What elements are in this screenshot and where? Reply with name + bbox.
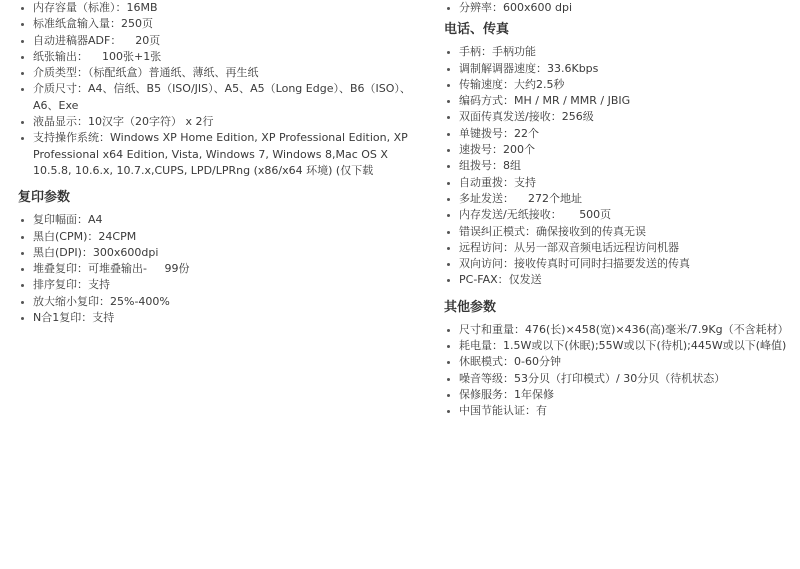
fax-item-modem-speed: 调制解调器速度：33.6Kbps (444, 61, 794, 77)
fax-item-auto-redial: 自动重拨：支持 (444, 175, 794, 191)
spec-item-adf: 自动进稿器ADF： 20页 (18, 33, 418, 49)
fax-item-one-touch-dial: 单键拨号：22个 (444, 126, 794, 142)
other-item-sleep-mode: 休眠模式：0-60分钟 (444, 354, 794, 370)
fax-item-broadcast: 多址发送： 272个地址 (444, 191, 794, 207)
spec-item-lcd: 液晶显示：10汉字（20字符） x 2行 (18, 114, 418, 130)
spec-item-resolution: 分辨率：600x600 dpi (444, 0, 794, 16)
copy-section-title: 复印参数 (18, 189, 418, 207)
fax-item-speed-dial: 速拨号：200个 (444, 142, 794, 158)
copy-item-zoom: 放大缩小复印：25%-400% (18, 294, 418, 310)
spec-item-memory: 内存容量（标准）：16MB (18, 0, 418, 16)
copy-item-stack: 堆叠复印：可堆叠输出- 99份 (18, 261, 418, 277)
copy-spec-list: 复印幅面：A4 黑白(CPM)：24CPM 黑白(DPI)：300x600dpi… (18, 212, 418, 326)
scan-spec-list: 分辨率：600x600 dpi (444, 0, 794, 16)
copy-item-size: 复印幅面：A4 (18, 212, 418, 228)
other-item-power-consumption: 耗电量：1.5W或以下(休眠);55W或以下(待机);445W或以下(峰值) (444, 338, 794, 354)
copy-item-sort: 排序复印：支持 (18, 277, 418, 293)
fax-item-duplex-fax: 双面传真发送/接收：256级 (444, 109, 794, 125)
fax-section-title: 电话、传真 (444, 21, 794, 39)
other-item-warranty: 保修服务：1年保修 (444, 387, 794, 403)
other-item-dimensions-weight: 尺寸和重量：476(长)×458(宽)×436(高)毫米/7.9Kg（不含耗材） (444, 322, 794, 338)
fax-item-pc-fax: PC-FAX：仅发送 (444, 272, 794, 288)
fax-item-handset: 手柄：手柄功能 (444, 44, 794, 60)
other-spec-list: 尺寸和重量：476(长)×458(宽)×436(高)毫米/7.9Kg（不含耗材）… (444, 322, 794, 420)
copy-item-dpi: 黑白(DPI)：300x600dpi (18, 245, 418, 261)
fax-item-group-dial: 组拨号：8组 (444, 158, 794, 174)
general-spec-list: 内存容量（标准）：16MB 标准纸盒输入量：250页 自动进稿器ADF： 20页… (18, 0, 418, 179)
other-item-noise-level: 噪音等级：53分贝（打印模式）/ 30分贝（待机状态） (444, 371, 794, 387)
fax-item-coding: 编码方式：MH / MR / MMR / JBIG (444, 93, 794, 109)
fax-item-remote-access: 远程访问：从另一部双音频电话远程访问机器 (444, 240, 794, 256)
spec-item-tray-capacity: 标准纸盒输入量：250页 (18, 16, 418, 32)
fax-item-transmission-speed: 传输速度：大约2.5秒 (444, 77, 794, 93)
copy-item-cpm: 黑白(CPM)：24CPM (18, 229, 418, 245)
spec-item-paper-output: 纸张输出： 100张+1张 (18, 49, 418, 65)
fax-spec-list: 手柄：手柄功能 调制解调器速度：33.6Kbps 传输速度：大约2.5秒 编码方… (444, 44, 794, 288)
fax-item-memory-transmit: 内存发送/无纸接收： 500页 (444, 207, 794, 223)
copy-item-n-in-1: N合1复印：支持 (18, 310, 418, 326)
spec-item-media-size: 介质尺寸：A4、信纸、B5（ISO/JIS）、A5、A5（Long Edge）、… (18, 81, 418, 114)
right-column: 分辨率：600x600 dpi 电话、传真 手柄：手柄功能 调制解调器速度：33… (444, 0, 794, 420)
other-section-title: 其他参数 (444, 299, 794, 317)
left-column: 内存容量（标准）：16MB 标准纸盒输入量：250页 自动进稿器ADF： 20页… (18, 0, 418, 326)
fax-item-dual-access: 双向访问：接收传真时可同时扫描要发送的传真 (444, 256, 794, 272)
fax-item-ecm: 错误纠正模式：确保接收到的传真无误 (444, 224, 794, 240)
spec-item-media-type: 介质类型：（标配纸盒）普通纸、薄纸、再生纸 (18, 65, 418, 81)
spec-item-os-support: 支持操作系统：Windows XP Home Edition, XP Profe… (18, 130, 418, 179)
other-item-energy-cert: 中国节能认证：有 (444, 403, 794, 419)
